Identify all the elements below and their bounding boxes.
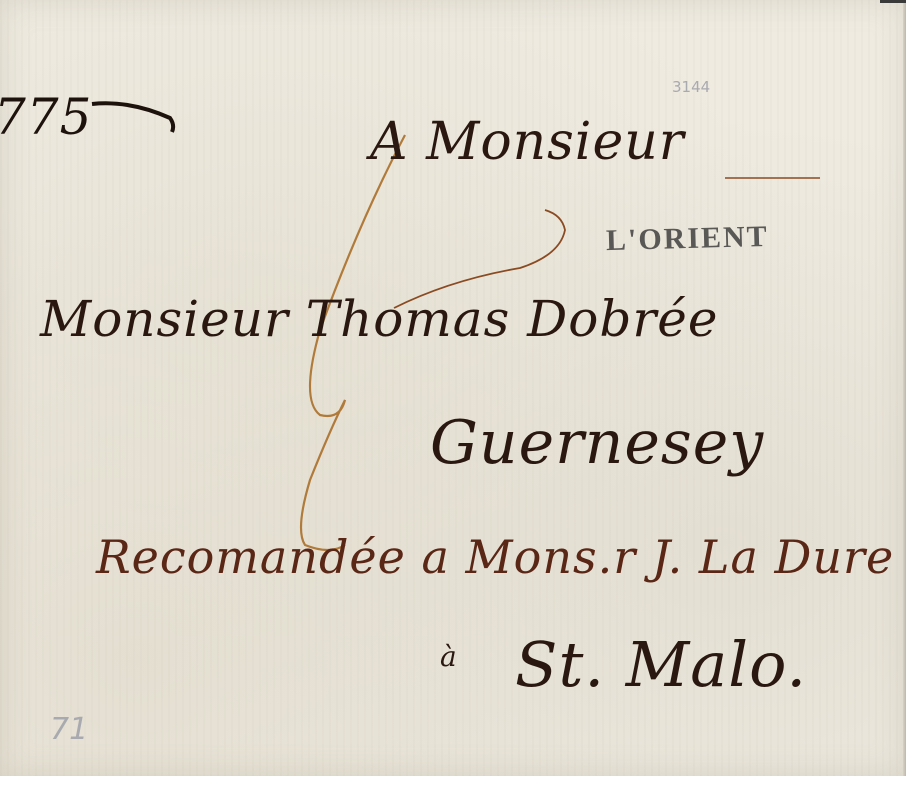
- address-line-recipient-name: Monsieur Thomas Dobrée: [40, 290, 718, 348]
- address-line-forwarding-agent: Recomandée a Mons.r J. La Dure: [96, 530, 894, 584]
- address-line-a-prefix: à: [440, 640, 458, 673]
- address-line-destination: Guernesey: [430, 408, 764, 478]
- address-line-city: St. Malo.: [515, 628, 807, 701]
